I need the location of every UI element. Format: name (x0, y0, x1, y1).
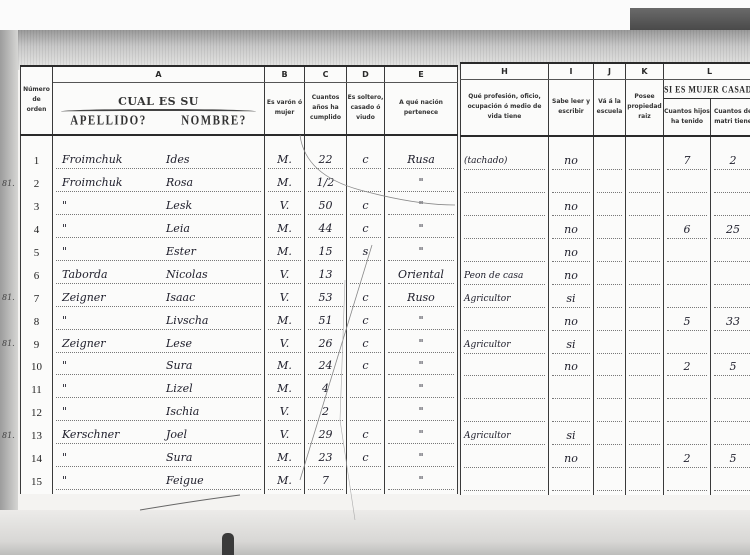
cell-hijos (664, 197, 711, 220)
cell-escuela (594, 449, 626, 472)
cell-edad: 2 (305, 402, 347, 425)
estado-civil (350, 175, 381, 192)
hijos (667, 382, 707, 399)
sabe-leer: no (552, 153, 590, 170)
cell-propiedad (626, 403, 664, 426)
cell-profesion: (tachado) (461, 152, 549, 175)
cell-propiedad (626, 197, 664, 220)
header-apellido: APELLIDO? (70, 115, 146, 127)
header-numero-line3: orden (21, 105, 52, 115)
cell-escuela (594, 312, 626, 335)
header-nombre: NOMBRE? (181, 115, 247, 127)
matrimonio: 5 (714, 359, 750, 376)
edad: 51 (308, 313, 343, 330)
cell-apellido-nombre: ZeignerIsaac (53, 288, 265, 311)
cell-sabe-leer: no (549, 220, 594, 243)
cell-edad: 22 (305, 151, 347, 174)
cell-profesion (461, 174, 549, 197)
propiedad (629, 451, 660, 468)
table-row: no25 (461, 358, 750, 381)
margin-mark: 81. (2, 293, 15, 302)
cell-sabe-leer: no (549, 449, 594, 472)
propiedad (629, 268, 660, 285)
apellido: Taborda (56, 268, 108, 281)
cell-matrimonio: 5 (711, 449, 750, 472)
cell-estado: c (347, 357, 385, 380)
cell-sabe-leer (549, 380, 594, 403)
cell-sabe-leer: no (549, 266, 594, 289)
header-apellido-nombre: APELLIDO? NOMBRE? (53, 115, 264, 127)
profesion (464, 451, 545, 468)
cell-escuela (594, 220, 626, 243)
header-b-label: Es varón ó mujer (265, 83, 305, 135)
cell-estado: c (347, 196, 385, 219)
sabe-leer: si (552, 428, 590, 445)
cell-escuela (594, 358, 626, 381)
cell-escuela (594, 197, 626, 220)
sabe-leer: no (552, 199, 590, 216)
cell-estado (347, 402, 385, 425)
row-number: 9 (24, 337, 49, 353)
apellido: " (56, 382, 67, 395)
table-row: no533 (461, 312, 750, 335)
nacion: " (388, 336, 454, 353)
hijos: 5 (667, 314, 707, 331)
cell-profesion (461, 472, 549, 495)
sexo: M. (268, 152, 301, 169)
cell-profesion: Agricultor (461, 335, 549, 358)
cell-estado (347, 173, 385, 196)
escuela (597, 359, 622, 376)
table-row (461, 380, 750, 403)
propiedad (629, 176, 660, 193)
cell-nacion: " (385, 242, 458, 265)
cell-hijos (664, 243, 711, 266)
cell-escuela (594, 426, 626, 449)
sexo: V. (268, 404, 301, 421)
edad: 26 (308, 336, 343, 353)
profesion (464, 176, 545, 193)
escuela (597, 153, 622, 170)
table-row: 3"LeskV.50c" (21, 196, 458, 219)
nombre: Feigue (166, 473, 204, 489)
cell-estado: c (347, 311, 385, 334)
profesion (464, 222, 545, 239)
nombre: Lizel (166, 381, 193, 397)
table-row: 12"IschiaV.2" (21, 402, 458, 425)
row-number: 11 (24, 382, 49, 398)
header-k-label: Posee propiedad raiz (626, 80, 664, 136)
header-j-label: Vá á la escuela (594, 80, 626, 136)
sabe-leer: si (552, 337, 590, 354)
profesion (464, 382, 545, 399)
matrimonio (714, 337, 750, 354)
cell-nacion: Oriental (385, 265, 458, 288)
header-numero: Número de orden (21, 66, 53, 135)
cell-sexo: V. (265, 265, 305, 288)
census-table-right: H I J K L Qué profesión, oficio, ocupaci… (460, 62, 750, 495)
header-letter-b: B (265, 66, 305, 83)
nacion: " (388, 313, 454, 330)
cell-hijos: 2 (664, 449, 711, 472)
census-table-left: Número de orden A B C D E CUAL ES SU APE… (20, 65, 458, 494)
cell-nacion: " (385, 196, 458, 219)
cell-propiedad (626, 335, 664, 358)
matrimonio: 2 (714, 153, 750, 170)
cell-propiedad (626, 380, 664, 403)
table-row: 11"LizelM.4" (21, 379, 458, 402)
estado-civil: c (350, 358, 381, 375)
nombre: Lesk (166, 198, 192, 214)
cell-apellido-nombre: "Leia (53, 219, 265, 242)
cell-sexo: M. (265, 311, 305, 334)
header-l-hijos: Cuantos hijos ha tenido (664, 99, 711, 136)
cell-matrimonio: 25 (711, 220, 750, 243)
cell-propiedad (626, 312, 664, 335)
header-i-label: Sabe leer y escribir (549, 80, 594, 136)
sabe-leer: si (552, 291, 590, 308)
cell-matrimonio (711, 289, 750, 312)
propiedad (629, 314, 660, 331)
propiedad (629, 337, 660, 354)
cell-edad: 24 (305, 357, 347, 380)
header-numero-line2: de (21, 95, 52, 105)
header-c-label: Cuantos años ha cumplido (305, 83, 347, 135)
cell-escuela (594, 243, 626, 266)
matrimonio (714, 428, 750, 445)
hijos (667, 474, 707, 491)
cell-numero: 14 (21, 448, 53, 471)
estado-civil: c (350, 152, 381, 169)
header-l-matrimonio: Cuantos de matri tiene (711, 99, 750, 136)
cell-profesion (461, 403, 549, 426)
cell-matrimonio (711, 266, 750, 289)
propiedad (629, 382, 660, 399)
cell-edad: 13 (305, 265, 347, 288)
sabe-leer: no (552, 268, 590, 285)
cell-propiedad (626, 174, 664, 197)
propiedad (629, 405, 660, 422)
escuela (597, 176, 622, 193)
sexo: V. (268, 290, 301, 307)
matrimonio (714, 291, 750, 308)
nombre: Sura (166, 450, 192, 466)
table-row: 5"EsterM.15s" (21, 242, 458, 265)
margin-mark: 81. (2, 179, 15, 188)
edad: 44 (308, 221, 343, 238)
nombre: Isaac (166, 290, 195, 306)
sexo: M. (268, 450, 301, 467)
table-row: 6TabordaNicolasV.13Oriental (21, 265, 458, 288)
sexo: M. (268, 175, 301, 192)
table-row: 9ZeignerLeseV.26c" (21, 334, 458, 357)
propiedad (629, 199, 660, 216)
escuela (597, 222, 622, 239)
cell-hijos: 5 (664, 312, 711, 335)
profesion (464, 405, 545, 422)
cell-matrimonio (711, 335, 750, 358)
row-number: 7 (24, 291, 49, 307)
binding-post (222, 533, 234, 555)
nacion: " (388, 427, 454, 444)
hijos (667, 199, 707, 216)
cell-numero: 13 (21, 425, 53, 448)
apellido: Zeigner (56, 337, 106, 350)
sabe-leer (552, 405, 590, 422)
cell-profesion: Agricultor (461, 426, 549, 449)
cell-sabe-leer: no (549, 152, 594, 175)
cell-propiedad (626, 152, 664, 175)
apellido: " (56, 245, 67, 258)
matrimonio: 25 (714, 222, 750, 239)
matrimonio: 5 (714, 451, 750, 468)
nacion: Oriental (388, 267, 454, 284)
cell-profesion: Peon de casa (461, 266, 549, 289)
hijos (667, 291, 707, 308)
nacion: " (388, 450, 454, 467)
edad: 22 (308, 152, 343, 169)
apellido: " (56, 222, 67, 235)
nacion: " (388, 473, 454, 490)
table-row: 2FroimchukRosaM.1/2" (21, 173, 458, 196)
cell-numero: 11 (21, 379, 53, 402)
nacion: " (388, 221, 454, 238)
cell-hijos (664, 403, 711, 426)
cell-nacion: " (385, 311, 458, 334)
cell-estado (347, 265, 385, 288)
row-number: 15 (24, 474, 49, 490)
cell-numero: 5 (21, 242, 53, 265)
cell-edad: 26 (305, 334, 347, 357)
cell-sabe-leer: no (549, 312, 594, 335)
row-number: 14 (24, 451, 49, 467)
cell-numero: 1 (21, 151, 53, 174)
row-number: 6 (24, 268, 49, 284)
escuela (597, 245, 622, 262)
cell-apellido-nombre: FroimchukRosa (53, 173, 265, 196)
cell-numero: 7 (21, 288, 53, 311)
cell-profesion (461, 380, 549, 403)
sexo: M. (268, 313, 301, 330)
cell-profesion (461, 197, 549, 220)
cell-nacion: " (385, 402, 458, 425)
matrimonio (714, 474, 750, 491)
escuela (597, 199, 622, 216)
nombre: Rosa (166, 175, 193, 191)
hijos: 6 (667, 222, 707, 239)
escuela (597, 291, 622, 308)
apellido: " (56, 474, 67, 487)
escuela (597, 451, 622, 468)
propiedad (629, 245, 660, 262)
header-letter-l: L (664, 63, 750, 80)
estado-civil (350, 473, 381, 490)
cell-estado: c (347, 334, 385, 357)
apellido: Froimchuk (56, 153, 122, 166)
cell-apellido-nombre: "Sura (53, 357, 265, 380)
sexo: M. (268, 381, 301, 398)
row-number: 3 (24, 199, 49, 215)
cell-sexo: V. (265, 402, 305, 425)
table-row: 14"SuraM.23c" (21, 448, 458, 471)
hijos (667, 337, 707, 354)
header-letter-i: I (549, 63, 594, 80)
nombre: Leia (166, 221, 190, 237)
cell-matrimonio (711, 174, 750, 197)
cell-sabe-leer: si (549, 289, 594, 312)
propiedad (629, 222, 660, 239)
table-row: 8"LivschaM.51c" (21, 311, 458, 334)
cell-apellido-nombre: "Ester (53, 242, 265, 265)
estado-civil: c (350, 221, 381, 238)
sabe-leer (552, 382, 590, 399)
profesion (464, 314, 545, 331)
apellido: Froimchuk (56, 176, 122, 189)
nacion: " (388, 381, 454, 398)
cell-nacion: " (385, 173, 458, 196)
table-row: 1FroimchukIdesM.22cRusa (21, 151, 458, 174)
cell-estado (347, 471, 385, 494)
cell-propiedad (626, 220, 664, 243)
margin-mark: 81. (2, 339, 15, 348)
header-letter-h: H (461, 63, 549, 80)
cell-numero: 12 (21, 402, 53, 425)
cell-edad: 50 (305, 196, 347, 219)
nombre: Livscha (166, 313, 209, 329)
sabe-leer (552, 474, 590, 491)
cell-apellido-nombre: TabordaNicolas (53, 265, 265, 288)
cell-nacion: Rusa (385, 151, 458, 174)
cell-edad: 53 (305, 288, 347, 311)
cell-estado: c (347, 448, 385, 471)
cell-profesion (461, 220, 549, 243)
edad: 1/2 (308, 175, 343, 192)
edad: 13 (308, 267, 343, 284)
cell-sexo: V. (265, 288, 305, 311)
nombre: Nicolas (166, 267, 208, 283)
header-a-label: CUAL ES SU APELLIDO? NOMBRE? (53, 83, 265, 135)
cell-matrimonio: 2 (711, 152, 750, 175)
cell-sabe-leer: no (549, 197, 594, 220)
row-number: 13 (24, 428, 49, 444)
apellido: " (56, 405, 67, 418)
cell-hijos (664, 472, 711, 495)
header-letter-c: C (305, 66, 347, 83)
escuela (597, 314, 622, 331)
cell-apellido-nombre: "Livscha (53, 311, 265, 334)
cell-escuela (594, 335, 626, 358)
profesion: Peon de casa (464, 268, 545, 285)
cell-escuela (594, 152, 626, 175)
cell-hijos (664, 289, 711, 312)
header-h-label: Qué profesión, oficio, ocupación ó medio… (461, 80, 549, 136)
hijos: 2 (667, 359, 707, 376)
row-number: 8 (24, 314, 49, 330)
matrimonio: 33 (714, 314, 750, 331)
sabe-leer: no (552, 222, 590, 239)
sexo: M. (268, 221, 301, 238)
apellido: Kerschner (56, 428, 119, 441)
hijos: 7 (667, 153, 707, 170)
table-row: no (461, 197, 750, 220)
propiedad (629, 474, 660, 491)
escuela (597, 268, 622, 285)
cell-escuela (594, 174, 626, 197)
row-number: 2 (24, 176, 49, 192)
header-letter-d: D (347, 66, 385, 83)
scan-bottom-margin (0, 510, 750, 555)
table-row: 13KerschnerJoelV.29c" (21, 425, 458, 448)
estado-civil: c (350, 313, 381, 330)
cell-estado: c (347, 219, 385, 242)
cell-sexo: M. (265, 471, 305, 494)
escuela (597, 382, 622, 399)
cell-sexo: V. (265, 425, 305, 448)
cell-sexo: V. (265, 196, 305, 219)
table-row: Agricultorsi (461, 335, 750, 358)
nombre: Lese (166, 336, 192, 352)
scan-dark-corner (630, 8, 750, 30)
estado-civil: c (350, 450, 381, 467)
cell-nacion: " (385, 379, 458, 402)
cell-escuela (594, 380, 626, 403)
cell-sexo: M. (265, 379, 305, 402)
estado-civil (350, 381, 381, 398)
cell-matrimonio (711, 380, 750, 403)
nombre: Ischia (166, 404, 199, 420)
nacion: " (388, 198, 454, 215)
nacion: " (388, 358, 454, 375)
cell-escuela (594, 403, 626, 426)
cell-propiedad (626, 472, 664, 495)
cell-numero: 2 (21, 173, 53, 196)
table-row: no625 (461, 220, 750, 243)
sexo: M. (268, 358, 301, 375)
table-row: Agricultorsi (461, 426, 750, 449)
escuela (597, 428, 622, 445)
sexo: V. (268, 336, 301, 353)
cell-edad: 7 (305, 471, 347, 494)
matrimonio (714, 199, 750, 216)
table-row: 7ZeignerIsaacV.53cRuso (21, 288, 458, 311)
edad: 50 (308, 198, 343, 215)
edad: 2 (308, 404, 343, 421)
cell-matrimonio (711, 243, 750, 266)
cell-estado: s (347, 242, 385, 265)
cell-edad: 15 (305, 242, 347, 265)
apellido: " (56, 359, 67, 372)
nombre: Ides (166, 152, 190, 168)
cell-profesion (461, 243, 549, 266)
cell-sexo: M. (265, 448, 305, 471)
cell-nacion: " (385, 334, 458, 357)
cell-matrimonio: 33 (711, 312, 750, 335)
cell-numero: 9 (21, 334, 53, 357)
apellido: " (56, 451, 67, 464)
propiedad (629, 428, 660, 445)
margin-mark: 81. (2, 431, 15, 440)
table-row (461, 174, 750, 197)
cell-propiedad (626, 289, 664, 312)
header-numero-line1: Número (21, 85, 52, 95)
cell-estado (347, 379, 385, 402)
estado-civil (350, 404, 381, 421)
hijos (667, 245, 707, 262)
header-cual-es-su: CUAL ES SU (53, 97, 264, 107)
cell-apellido-nombre: "Feigue (53, 471, 265, 494)
nombre: Ester (166, 244, 196, 260)
cell-nacion: Ruso (385, 288, 458, 311)
